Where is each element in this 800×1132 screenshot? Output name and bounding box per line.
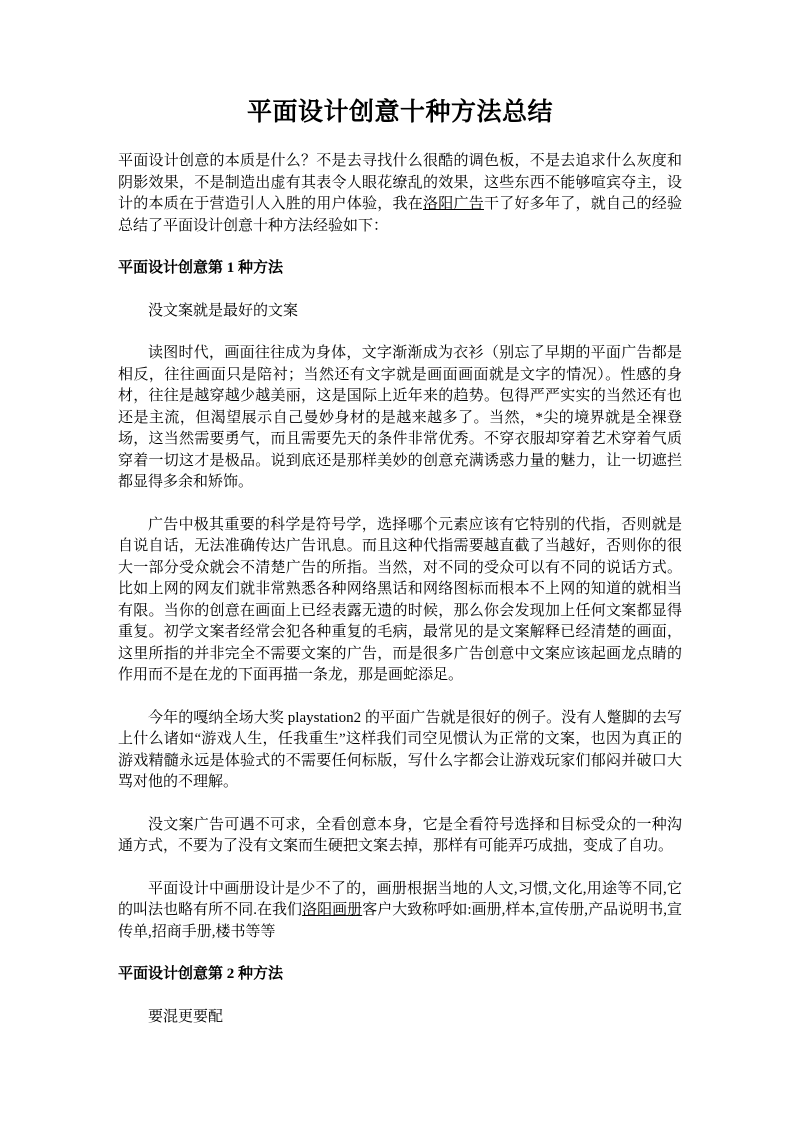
section-2-heading: 平面设计创意第 2 种方法	[118, 964, 682, 986]
section-1-paragraph-3: 今年的嘎纳全场大奖 playstation2 的平面广告就是很好的例子。没有人蹩…	[118, 708, 682, 794]
luoyang-booklet-link[interactable]: 洛阳画册	[302, 902, 362, 918]
section-1-paragraph-4: 没文案广告可遇不可求，全看创意本身，它是全看符号选择和目标受众的一种沟通方式，不…	[118, 815, 682, 858]
section-1-subtitle: 没文案就是最好的文案	[118, 301, 682, 323]
section-1-paragraph-2: 广告中极其重要的科学是符号学，选择哪个元素应该有它特别的代指，否则就是自说自话，…	[118, 515, 682, 687]
section-1-heading: 平面设计创意第 1 种方法	[118, 258, 682, 280]
document-page: 平面设计创意十种方法总结 平面设计创意的本质是什么？不是去寻找什么很酷的调色板，…	[0, 0, 800, 1132]
luoyang-advertising-link[interactable]: 洛阳广告	[423, 196, 484, 212]
intro-paragraph: 平面设计创意的本质是什么？不是去寻找什么很酷的调色板，不是去追求什么灰度和阴影效…	[118, 151, 682, 237]
section-2-subtitle: 要混更要配	[118, 1007, 682, 1029]
document-title: 平面设计创意十种方法总结	[118, 96, 682, 130]
section-1-booklet-paragraph: 平面设计中画册设计是少不了的，画册根据当地的人文,习惯,文化,用途等不同,它的叫…	[118, 879, 682, 944]
section-1-paragraph-1: 读图时代，画面往往成为身体，文字渐渐成为衣衫（别忘了早期的平面广告都是相反，往往…	[118, 343, 682, 494]
